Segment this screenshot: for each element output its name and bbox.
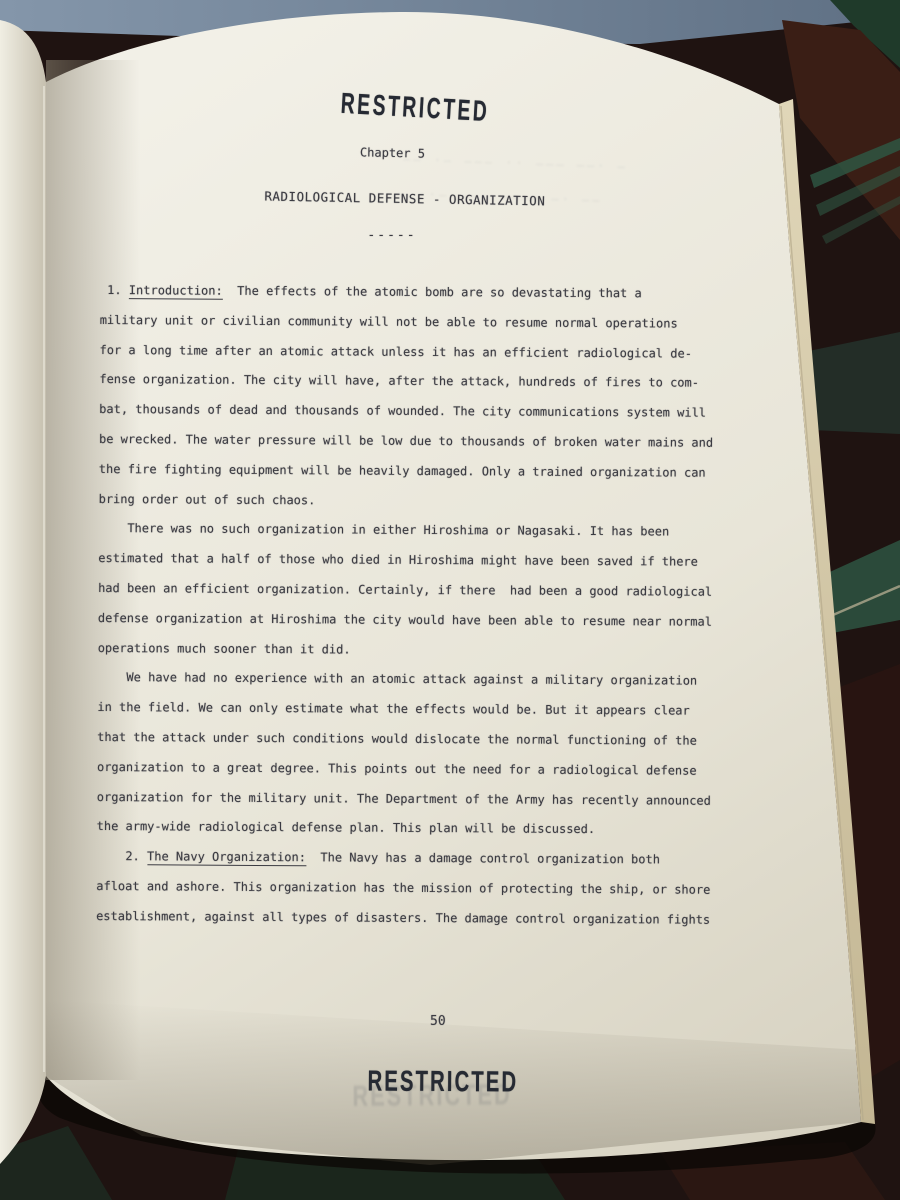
text-line: There was no such organization in either… [98, 514, 712, 548]
text-line: 2. The Navy Organization: The Navy has a… [96, 842, 710, 876]
chapter-heading: Chapter 5 [360, 145, 425, 160]
text-line: establishment, against all types of disa… [96, 902, 710, 936]
text-line: military unit or civilian community will… [100, 306, 714, 340]
restricted-stamp-bottom: RESTRICTED [367, 1065, 518, 1099]
text-line: afloat and ashore. This organization has… [96, 872, 710, 906]
text-line: defense organization at Hiroshima the ci… [98, 604, 712, 638]
text-line: the army-wide radiological defense plan.… [97, 812, 711, 846]
text-line: estimated that a half of those who died … [98, 544, 712, 578]
divider-dashes: ----- [367, 228, 416, 243]
text-line: 1. Introduction: The effects of the atom… [100, 276, 714, 310]
text-line: for a long time after an atomic attack u… [99, 336, 713, 370]
text-line: be wrecked. The water pressure will be l… [99, 425, 713, 459]
text-line: that the attack under such conditions wo… [97, 723, 711, 757]
text-line: had been an efficient organization. Cert… [98, 574, 712, 608]
text-line: We have had no experience with an atomic… [97, 663, 711, 697]
text-line: organization to a great degree. This poi… [97, 753, 711, 787]
page-number: 50 [430, 1014, 446, 1029]
text-line: bring order out of such chaos. [99, 485, 713, 519]
text-line: operations much sooner than it did. [98, 634, 712, 668]
text-line: in the field. We can only estimate what … [97, 693, 711, 727]
text-line: bat, thousands of dead and thousands of … [99, 395, 713, 429]
body-text: 1. Introduction: The effects of the atom… [96, 276, 714, 935]
facing-page [0, 20, 46, 1164]
text-line: organization for the military unit. The … [97, 783, 711, 817]
book-photo: — ·—— ——— ·· ——— —· —— —— ·— ———— ·—— —·… [0, 0, 900, 1200]
text-line: the fire fighting equipment will be heav… [99, 455, 713, 489]
text-line: fense organization. The city will have, … [99, 365, 713, 399]
